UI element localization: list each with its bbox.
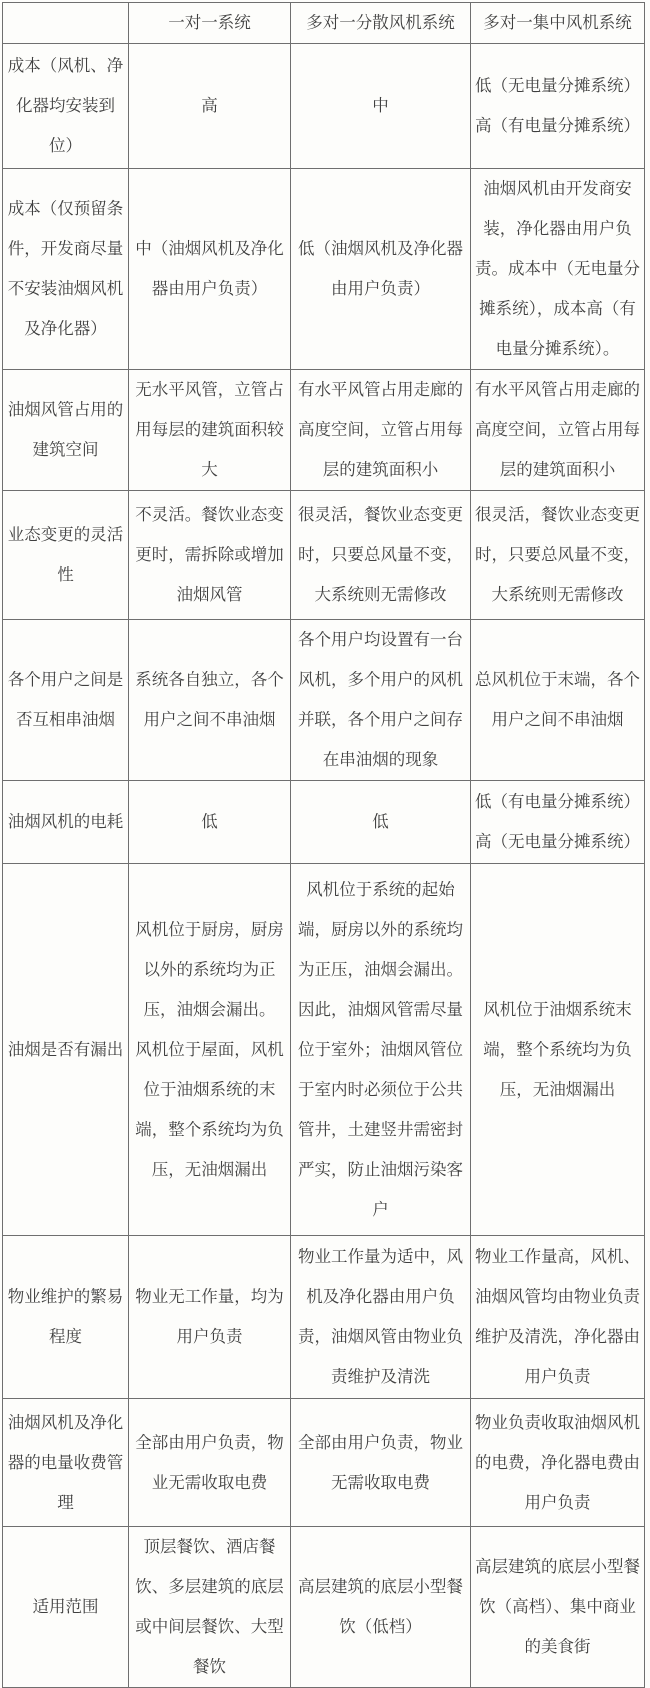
header-row: 一对一系统 多对一分散风机系统 多对一集中风机系统 <box>3 3 645 44</box>
table-row: 油烟风管占用的建筑空间 无水平风管，立管占用每层的建筑面积较大 有水平风管占用走… <box>3 370 645 491</box>
column-header-blank <box>3 3 129 44</box>
page: 一对一系统 多对一分散风机系统 多对一集中风机系统 成本（风机、净化器均安装到位… <box>0 0 650 1648</box>
table-row: 各个用户之间是否互相串油烟 系统各自独立，各个用户之间不串油烟 各个用户均设置有… <box>3 620 645 781</box>
table-cell: 油烟风机由开发商安装，净化器由用户负责。成本中（无电量分摊系统），成本高（有电量… <box>471 169 645 370</box>
row-header: 油烟风机及净化器的电量收费管理 <box>3 1399 129 1527</box>
table-cell: 低（油烟风机及净化器由用户负责） <box>291 169 471 370</box>
table-row: 油烟是否有漏出 风机位于厨房，厨房以外的系统均为正压，油烟会漏出。 风机位于屋面… <box>3 864 645 1236</box>
table-cell: 物业工作量为适中，风机及净化器由用户负责，油烟风管由物业负责维护及清洗 <box>291 1236 471 1399</box>
table-row: 成本（仅预留条件，开发商尽量不安装油烟风机及净化器） 中（油烟风机及净化器由用户… <box>3 169 645 370</box>
table-cell: 系统各自独立，各个用户之间不串油烟 <box>129 620 291 781</box>
table-cell: 风机位于厨房，厨房以外的系统均为正压，油烟会漏出。 风机位于屋面，风机位于油烟系… <box>129 864 291 1236</box>
table-row: 油烟风机及净化器的电量收费管理 全部由用户负责，物业无需收取电费 全部由用户负责… <box>3 1399 645 1527</box>
row-header: 业态变更的灵活性 <box>3 491 129 620</box>
table-cell: 物业工作量高，风机、油烟风管均由物业负责维护及清洗，净化器由用户负责 <box>471 1236 645 1399</box>
table-cell: 低 <box>291 781 471 864</box>
table-cell: 有水平风管占用走廊的高度空间，立管占用每层的建筑面积小 <box>291 370 471 491</box>
table-cell: 低（有电量分摊系统） 高（无电量分摊系统） <box>471 781 645 864</box>
table-cell: 很灵活，餐饮业态变更时，只要总风量不变，大系统则无需修改 <box>471 491 645 620</box>
row-header: 成本（风机、净化器均安装到位） <box>3 44 129 169</box>
table-cell: 风机位于油烟系统末端，整个系统均为负压，无油烟漏出 <box>471 864 645 1236</box>
table-cell: 无水平风管，立管占用每层的建筑面积较大 <box>129 370 291 491</box>
column-header-many-to-one-centralized: 多对一集中风机系统 <box>471 3 645 44</box>
table-cell: 很灵活，餐饮业态变更时，只要总风量不变，大系统则无需修改 <box>291 491 471 620</box>
column-header-many-to-one-distributed: 多对一分散风机系统 <box>291 3 471 44</box>
table-cell: 全部由用户负责，物业无需收取电费 <box>291 1399 471 1527</box>
table-cell: 总风机位于末端，各个用户之间不串油烟 <box>471 620 645 781</box>
row-header: 成本（仅预留条件，开发商尽量不安装油烟风机及净化器） <box>3 169 129 370</box>
table-cell: 中 <box>291 44 471 169</box>
row-header: 油烟风管占用的建筑空间 <box>3 370 129 491</box>
row-header: 油烟是否有漏出 <box>3 864 129 1236</box>
table-cell: 顶层餐饮、酒店餐饮、多层建筑的底层或中间层餐饮、大型餐饮 <box>129 1527 291 1688</box>
table-row: 成本（风机、净化器均安装到位） 高 中 低（无电量分摊系统） 高（有电量分摊系统… <box>3 44 645 169</box>
table-cell: 高层建筑的底层小型餐饮（高档）、集中商业的美食街 <box>471 1527 645 1688</box>
table-cell: 低 <box>129 781 291 864</box>
table-cell: 物业负责收取油烟风机的电费，净化器电费由用户负责 <box>471 1399 645 1527</box>
table-cell: 各个用户均设置有一台风机，多个用户的风机并联，各个用户之间存在串油烟的现象 <box>291 620 471 781</box>
row-header: 油烟风机的电耗 <box>3 781 129 864</box>
table-cell: 不灵活。餐饮业态变更时，需拆除或增加油烟风管 <box>129 491 291 620</box>
table-cell: 高 <box>129 44 291 169</box>
table-cell: 高层建筑的底层小型餐饮（低档） <box>291 1527 471 1688</box>
table-cell: 有水平风管占用走廊的高度空间，立管占用每层的建筑面积小 <box>471 370 645 491</box>
table-cell: 中（油烟风机及净化器由用户负责） <box>129 169 291 370</box>
row-header: 物业维护的繁易程度 <box>3 1236 129 1399</box>
table-row: 业态变更的灵活性 不灵活。餐饮业态变更时，需拆除或增加油烟风管 很灵活，餐饮业态… <box>3 491 645 620</box>
table-row: 物业维护的繁易程度 物业无工作量，均为用户负责 物业工作量为适中，风机及净化器由… <box>3 1236 645 1399</box>
table-cell: 全部由用户负责，物业无需收取电费 <box>129 1399 291 1527</box>
table-cell: 物业无工作量，均为用户负责 <box>129 1236 291 1399</box>
table-cell: 低（无电量分摊系统） 高（有电量分摊系统） <box>471 44 645 169</box>
table-cell: 风机位于系统的起始端，厨房以外的系统均为正压，油烟会漏出。 因此，油烟风管需尽量… <box>291 864 471 1236</box>
comparison-table: 一对一系统 多对一分散风机系统 多对一集中风机系统 成本（风机、净化器均安装到位… <box>2 2 645 1688</box>
column-header-one-to-one: 一对一系统 <box>129 3 291 44</box>
table-row: 油烟风机的电耗 低 低 低（有电量分摊系统） 高（无电量分摊系统） <box>3 781 645 864</box>
row-header: 各个用户之间是否互相串油烟 <box>3 620 129 781</box>
table-row: 适用范围 顶层餐饮、酒店餐饮、多层建筑的底层或中间层餐饮、大型餐饮 高层建筑的底… <box>3 1527 645 1688</box>
row-header: 适用范围 <box>3 1527 129 1688</box>
